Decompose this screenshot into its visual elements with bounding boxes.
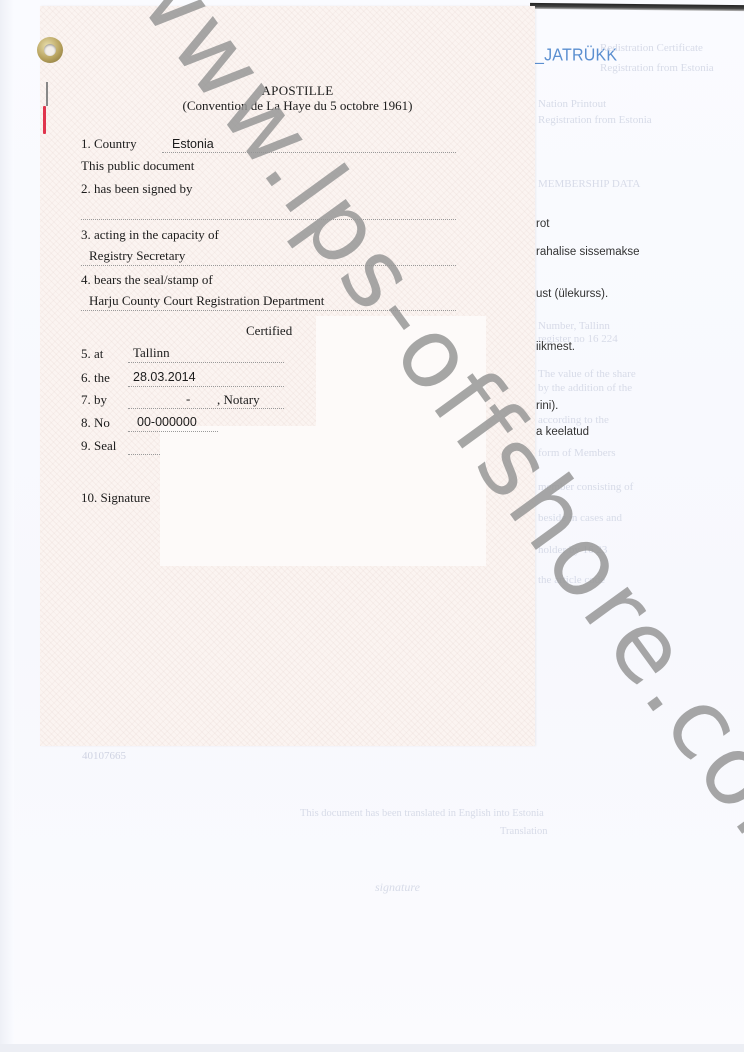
page-bottom-edge [0, 1044, 744, 1052]
faint-line: This document has been translated in Eng… [300, 808, 544, 819]
seal-of-label: 4. bears the seal/stamp of [81, 272, 213, 288]
faint-line: by the addition of the [538, 382, 632, 394]
text-fragment: rot [536, 218, 549, 230]
faint-signature: signature [375, 880, 420, 895]
faint-line: MEMBERSHIP DATA [538, 178, 640, 190]
dotted-line [128, 454, 160, 455]
country-label: 1. Country [81, 136, 137, 152]
dotted-line [128, 408, 284, 409]
public-document-label: This public document [81, 158, 194, 174]
dotted-line [128, 362, 284, 363]
capacity-label: 3. acting in the capacity of [81, 227, 219, 243]
text-fragment: rahalise sissemakse [536, 246, 640, 258]
date-label: 6. the [81, 370, 110, 386]
dotted-line [128, 431, 218, 432]
seal-label: 9. Seal [81, 438, 116, 454]
document-code: 40107665 [82, 750, 126, 762]
faint-line: Redistration Certificate [600, 42, 703, 54]
at-label: 5. at [81, 346, 103, 362]
country-value: Estonia [172, 137, 214, 151]
no-label: 8. No [81, 415, 110, 431]
page-left-edge [0, 0, 14, 1052]
by-value: - [186, 391, 190, 407]
signature-label: 10. Signature [81, 490, 150, 506]
faint-line: The value of the share [538, 368, 636, 380]
signed-by-label: 2. has been signed by [81, 181, 193, 197]
faint-line: Registration from Estonia [600, 62, 714, 74]
seal-of-value: Harju County Court Registration Departme… [89, 293, 324, 309]
text-fragment: ust (ülekurss). [536, 288, 608, 300]
grommet-icon [37, 37, 63, 63]
date-value: 28.03.2014 [133, 370, 196, 384]
text-fragment: iikmest. [536, 341, 575, 353]
at-value: Tallinn [133, 345, 170, 361]
no-value: 00-000000 [137, 415, 197, 429]
by-label: 7. by [81, 392, 107, 408]
certified-label: Certified [246, 323, 292, 339]
by-suffix: , Notary [217, 392, 260, 408]
faint-line: Translation [500, 826, 547, 837]
faint-line: Number, Tallinn [538, 320, 610, 332]
faint-line: Registration from Estonia [538, 114, 652, 126]
dotted-line [128, 386, 284, 387]
capacity-value: Registry Secretary [89, 248, 185, 264]
